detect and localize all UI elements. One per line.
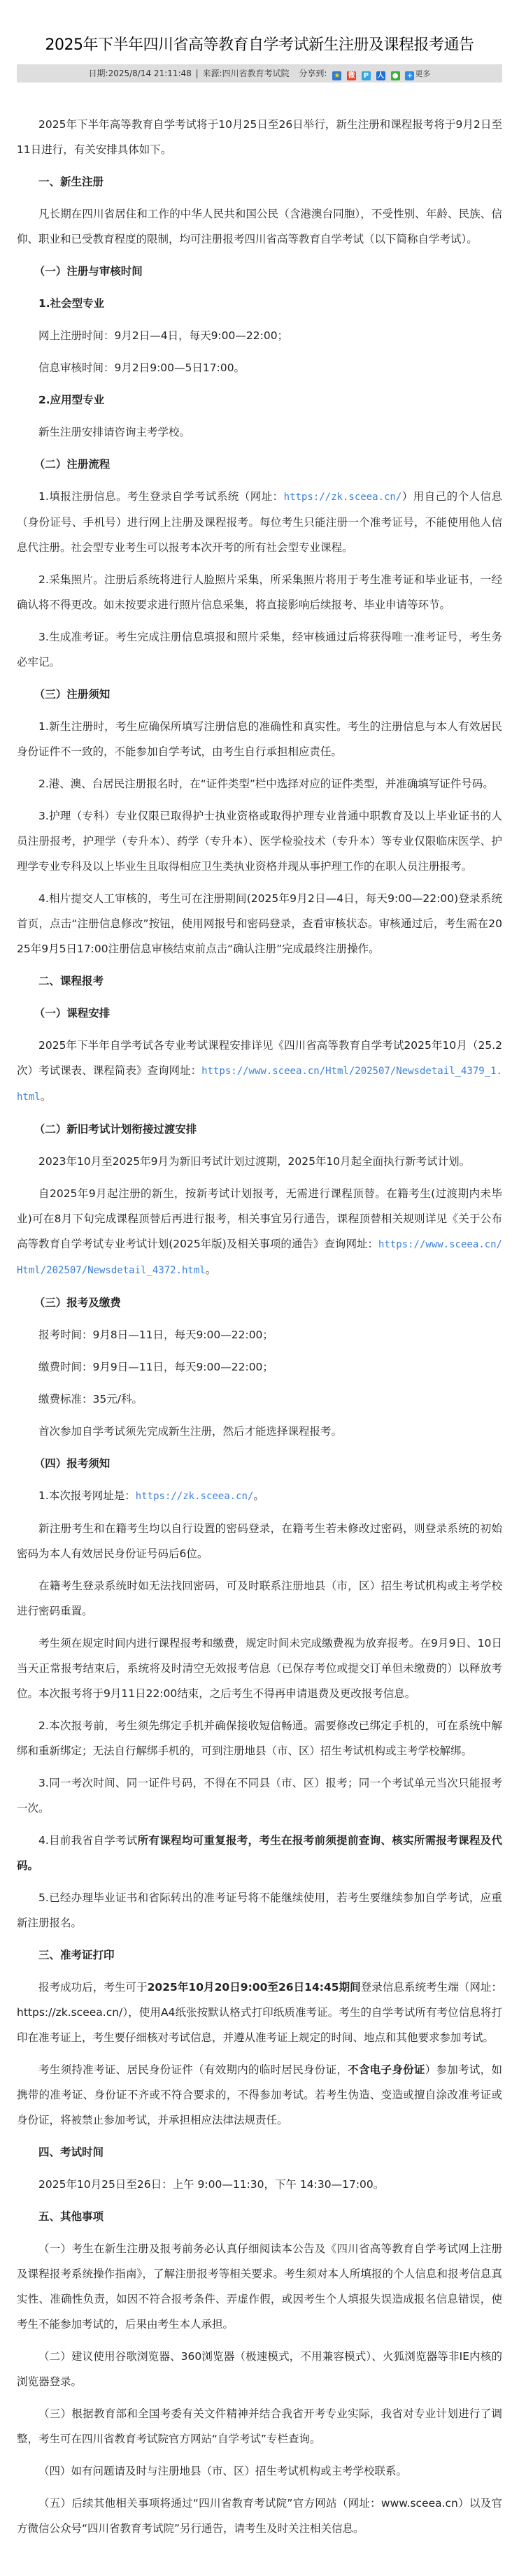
section-heading: 四、考试时间 — [17, 2140, 502, 2165]
paragraph: 1.本次报考网址是：https://zk.sceea.cn/。 — [17, 1483, 502, 1509]
emphasis-text: 2025年10月20日9:00至26日14:45期间 — [148, 1981, 361, 1994]
paragraph: 考生须持准考证、居民身份证件（有效期内的临时居民身份证，不含电子身份证）参加考试… — [17, 2057, 502, 2133]
section-heading: 三、准考证打印 — [17, 1942, 502, 1968]
registration-system-link[interactable]: https://zk.sceea.cn/ — [284, 492, 402, 503]
paragraph: 缴费时间：9月9日—11日，每天9:00—22:00； — [17, 1354, 502, 1380]
publish-date: 日期:2025/8/14 21:11:48 — [89, 69, 192, 78]
paragraph: （二）建议使用谷歌浏览器、360浏览器（极速模式，不用兼容模式）、火狐浏览器等非… — [17, 2344, 502, 2394]
paragraph: 2023年10月至2025年9月为新旧考试计划过渡期，2025年10月起全面执行… — [17, 1149, 502, 1174]
paragraph: 报考时间：9月8日—11日，每天9:00—22:00； — [17, 1322, 502, 1347]
paragraph: 网上注册时间：9月2日—4日，每天9:00—22:00； — [17, 323, 502, 348]
article-body: 2025年下半年高等教育自学考试将于10月25日至26日举行，新生注册和课程报考… — [17, 112, 502, 2541]
paragraph: 3.生成准考证。考生完成注册信息填报和照片采集，经审核通过后将获得唯一准考证号，… — [17, 624, 502, 675]
paragraph: 3.护理（专科）专业仅限已取得护士执业资格或取得护理专业普通中职教育及以上毕业证… — [17, 803, 502, 879]
paragraph: 自2025年9月起注册的新生，按新考试计划报考，无需进行课程顶替。在籍考生(过渡… — [17, 1181, 502, 1283]
item-heading: 2.应用型专业 — [17, 387, 502, 413]
paragraph: 2.港、澳、台居民注册报名时，在“证件类型”栏中选择对应的证件类型，并准确填写证… — [17, 771, 502, 796]
article-meta-bar: 日期:2025/8/14 21:11:48 | 来源:四川省教育考试院 分享到:… — [17, 64, 502, 83]
emphasis-text: 不含电子身份证 — [348, 2063, 425, 2076]
text: 1.本次报考网址是： — [38, 1489, 136, 1502]
paragraph: （五）后续其他相关事项将通过“四川省教育考试院”官方网站（网址：www.scee… — [17, 2491, 502, 2541]
article-source: 来源:四川省教育考试院 — [203, 69, 290, 78]
paragraph: 报考成功后，考生可于2025年10月20日9:00至26日14:45期间登录信息… — [17, 1975, 502, 2050]
subsection-heading: （一）课程安排 — [17, 1001, 502, 1026]
paragraph: 在籍考生登录系统时如无法找回密码，可及时联系注册地县（市，区）招生考试机构或主考… — [17, 1573, 502, 1624]
article-title: 2025年下半年四川省高等教育自学考试新生注册及课程报考通告 — [17, 0, 502, 59]
more-share-icon[interactable]: + — [405, 71, 414, 80]
paragraph: 2.本次报考前，考生须先绑定手机并确保接收短信畅通。需要修改已绑定手机的，可在系… — [17, 1713, 502, 1763]
paragraph: 凡长期在四川省居住和工作的中华人民共和国公民（含港澳台同胞），不受性别、年龄、民… — [17, 201, 502, 252]
paragraph: 新生注册安排请咨询主考学校。 — [17, 420, 502, 445]
paragraph: 1.新生注册时，考生应确保所填写注册信息的准确性和真实性。考生的注册信息与本人有… — [17, 714, 502, 764]
paragraph: （一）考生在新生注册及报考前务必认真仔细阅读本公告及《四川省高等教育自学考试网上… — [17, 2236, 502, 2337]
intro-paragraph: 2025年下半年高等教育自学考试将于10月25日至26日举行，新生注册和课程报考… — [17, 112, 502, 162]
paragraph: 5.已经办理毕业证书和省际转出的准考证号将不能继续使用，若考生要继续参加自学考试… — [17, 1885, 502, 1935]
paragraph: 缴费标准：35元/科。 — [17, 1387, 502, 1412]
subsection-heading: （三）报考及缴费 — [17, 1290, 502, 1315]
paragraph: （三）根据教育部和全国考委有关文件精神并结合我省开考专业实际，我省对专业计划进行… — [17, 2401, 502, 2452]
paragraph: 4.目前我省自学考试所有课程均可重复报考，考生在报考前须提前查询、核实所需报考课… — [17, 1828, 502, 1878]
paragraph: 首次参加自学考试须先完成新生注册，然后才能选择课程报考。 — [17, 1419, 502, 1444]
text: 1.填报注册信息。考生登录自学考试系统（网址： — [38, 490, 284, 503]
section-heading: 二、课程报考 — [17, 968, 502, 994]
text: 。 — [206, 1264, 217, 1276]
meta-separator: | — [196, 69, 199, 78]
subsection-heading: （二）注册流程 — [17, 452, 502, 477]
paragraph: 2025年下半年自学考试各专业考试课程安排详见《四川省高等教育自学考试2025年… — [17, 1033, 502, 1110]
paragraph: 考生须在规定时间内进行课程报考和缴费，规定时间未完成缴费视为放弃报考。在9月9日… — [17, 1631, 502, 1706]
paragraph: 信息审核时间：9月2日9:00—5日17:00。 — [17, 355, 502, 380]
section-heading: 一、新生注册 — [17, 169, 502, 194]
paragraph: 2025年10月25日至26日：上午 9:00—11:30，下午 14:30—1… — [17, 2172, 502, 2197]
paragraph: 4.相片提交人工审核的，考生可在注册期间(2025年9月2日—4日，每天9:00… — [17, 886, 502, 961]
paragraph: 2.采集照片。注册后系统将进行人脸照片采集，所采集照片将用于考生准考证和毕业证书… — [17, 567, 502, 617]
paragraph: （四）如有问题请及时与注册地县（市、区）招生考试机构或主考学校联系。 — [17, 2459, 502, 2484]
weibo-icon[interactable]: 微 — [347, 71, 356, 80]
paragraph: 1.填报注册信息。考生登录自学考试系统（网址：https://zk.sceea.… — [17, 484, 502, 560]
text: 4.目前我省自学考试 — [38, 1834, 138, 1847]
more-share-link[interactable]: 更多 — [415, 69, 430, 78]
subsection-heading: （四）报考须知 — [17, 1451, 502, 1476]
subsection-heading: （一）注册与审核时间 — [17, 259, 502, 284]
subsection-heading: （二）新旧考试计划衔接过渡安排 — [17, 1117, 502, 1142]
article-page: 2025年下半年四川省高等教育自学考试新生注册及课程报考通告 日期:2025/8… — [0, 0, 519, 2576]
tencent-weibo-icon[interactable]: P — [362, 71, 371, 80]
text: 。 — [41, 1090, 52, 1103]
subsection-heading: （三）注册须知 — [17, 682, 502, 707]
text: 报考成功后，考生可于 — [38, 1981, 148, 1994]
paragraph: 新注册考生和在籍考生均以自行设置的密码登录，在籍考生若未修改过密码，则登录系统的… — [17, 1516, 502, 1566]
section-heading: 五、其他事项 — [17, 2204, 502, 2229]
item-heading: 1.社会型专业 — [17, 291, 502, 316]
registration-url-link[interactable]: https://zk.sceea.cn/ — [136, 1491, 254, 1502]
text: 。 — [253, 1489, 264, 1502]
text: 考生须持准考证、居民身份证件（有效期内的临时居民身份证， — [38, 2063, 348, 2076]
paragraph: 3.同一考次时间、同一证件号码，不得在不同县（市、区）报考；同一个考试单元当次只… — [17, 1770, 502, 1821]
qzone-icon[interactable]: ★ — [332, 71, 341, 80]
renren-icon[interactable]: 人 — [376, 71, 385, 80]
share-label: 分享到: — [299, 69, 327, 78]
wechat-icon[interactable]: ● — [391, 71, 400, 80]
